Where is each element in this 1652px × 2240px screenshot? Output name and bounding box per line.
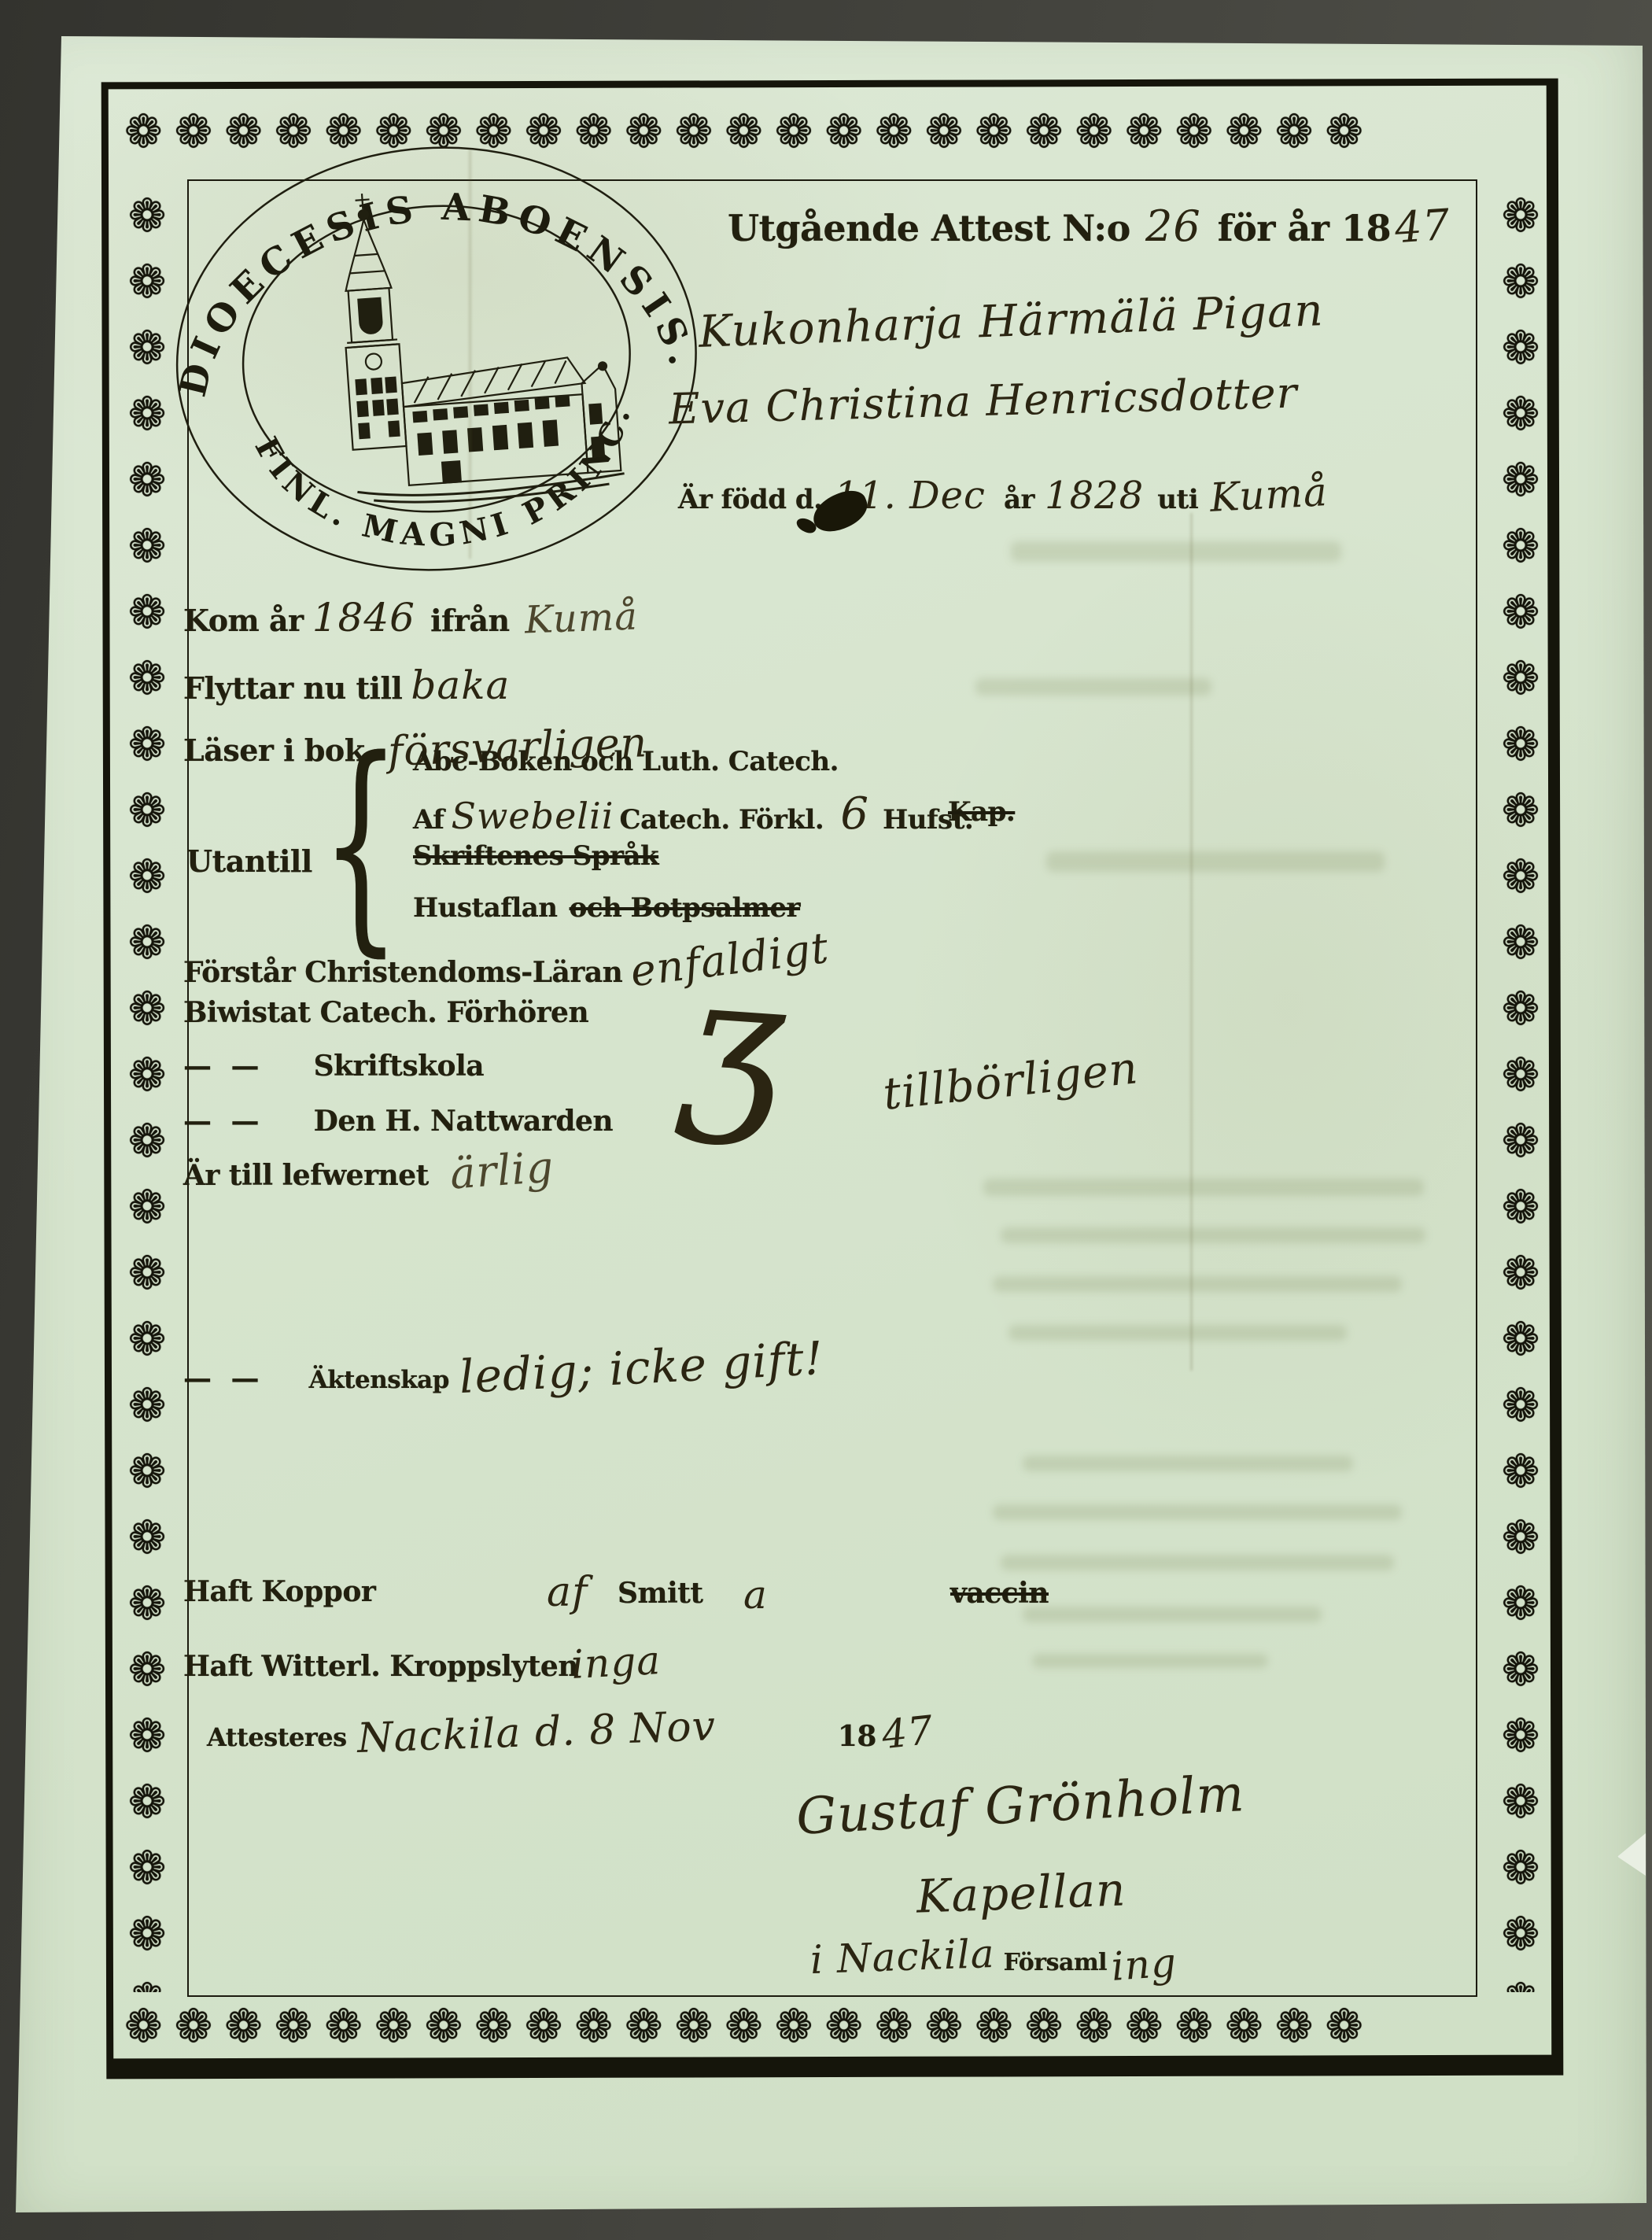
item2-prefix: Af [413,804,444,836]
bleed-through-smudge [1023,1607,1322,1622]
forstar-label: Förstår Christendoms-Läran [183,956,622,989]
bleed-through-smudge [1046,851,1385,872]
attesteres-label: Attesteres [207,1722,347,1752]
nattward-label: Den H. Nattwarden [314,1105,613,1138]
kom-year-handwritten: 1846 [312,595,415,640]
parish-line: i Nackila Församl ing [810,1934,1176,1980]
bleed-through-smudge [1009,1325,1347,1341]
born-year-label: år [1004,484,1034,515]
bleed-through-smudge [983,1179,1424,1196]
attestation-line: Attesteres Nackila d. 8 Nov 18 47 [207,1709,934,1756]
item2-number-handwritten: 6 [840,788,869,840]
koppor-af-handwritten: af [547,1569,588,1616]
kroppslyten-value-handwritten: inga [570,1637,662,1688]
handwritten-group-brace: ʒ [677,950,792,1138]
arrival-line: Kom år 1846 ifrån Kumå [183,595,638,640]
kom-from-label: ifrån [430,603,510,638]
conduct-line: Är till lefwernet ärlig [183,1146,554,1195]
utantill-brace: { [321,730,400,958]
attest-year-handwritten: 47 [1393,200,1452,253]
item2-struck-kap: Kap. [948,796,1015,828]
nattward-line: — — Den H. Nattwarden [183,1105,613,1138]
koppor-smitt-printed: Smitt [618,1577,703,1610]
kom-place-handwritten: Kumå [524,595,639,643]
marriage-line: — — Äktenskap ledig; icke gift! [183,1345,824,1399]
skriftskola-label: Skriftskola [314,1050,484,1083]
attestation-place-date-handwritten: Nackila d. 8 Nov [356,1703,717,1762]
header-line: Utgående Attest N:o 26 för år 18 47 [728,201,1451,251]
bodily-defects-line: Haft Witterl. Kroppslyten inga [183,1640,661,1685]
flyttar-label: Flyttar nu till [183,670,402,706]
flyttar-value-handwritten: baka [411,662,510,708]
attest-number-handwritten: 26 [1145,201,1201,251]
birth-place-handwritten: Kumå [1209,469,1329,521]
koppor-a-handwritten: a [743,1572,768,1618]
rosette-border-right: ❁❁❁❁❁❁❁❁❁❁❁❁❁❁❁❁❁❁❁❁❁❁❁❁❁❁❁❁❁❁❁ [1492,189,1543,1992]
attestation-year-handwritten: 47 [879,1707,935,1758]
bleed-through-smudge [993,1276,1402,1292]
rosette-border-bottom: ❁❁❁❁❁❁❁❁❁❁❁❁❁❁❁❁❁❁❁❁❁❁❁❁❁ [124,2003,1565,2055]
utantill-item-abc: Abc-Boken och Luth. Catech. [413,746,839,777]
ditto-dashes: — — [183,1105,264,1138]
bleed-through-smudge [975,678,1211,696]
paper-crease-seal [469,149,471,559]
parish-printed-forsaml: Församl [1004,1949,1107,1976]
item2-author-handwritten: Swebelii [452,795,614,837]
koppor-label: Haft Koppor [183,1575,375,1608]
ditto-dashes: — — [183,1362,264,1395]
birth-year-handwritten: 1828 [1045,474,1144,518]
utantill-item-catech: Af Swebelii Catech. Förkl. 6 Hufst. [413,788,973,840]
bleed-through-smudge [993,1504,1402,1520]
aktenskap-label: Äktenskap [309,1366,449,1394]
header-printed-prefix: Utgående Attest N:o [728,207,1130,249]
smallpox-line: Haft Koppor af Smitt a vaccin [183,1575,1127,1608]
koppor-vaccin-struck: vaccin [950,1577,1049,1610]
svg-text:DIOECESIS ABOENSIS.: DIOECESIS ABOENSIS. [158,168,706,411]
bleed-through-smudge [1032,1654,1268,1668]
biwistat-label: Biwistat Catech. Förhören [183,996,588,1029]
item4-struck-part: och Botpsalmer [570,892,800,924]
utantill-item-hustaflan: Hustaflan och Botpsalmer [413,892,800,924]
utantill-label: Utantill [186,843,312,879]
bleed-through-smudge [1001,1555,1394,1570]
certificate-paper: ❁❁❁❁❁❁❁❁❁❁❁❁❁❁❁❁❁❁❁❁❁❁❁❁❁ ❁❁❁❁❁❁❁❁❁❁❁❁❁❁… [0,0,1652,2240]
bleed-through-smudge [1023,1456,1353,1471]
moving-line: Flyttar nu till baka [183,662,510,708]
parish-suffix-handwritten: ing [1110,1939,1178,1990]
bleed-through-smudge [1011,541,1341,562]
paper-edge-tear [1617,1833,1646,1876]
item2-mid: Catech. Förkl. [620,804,824,836]
item4-text: Hustaflan [413,892,558,924]
signature-title-handwritten: Kapellan [916,1862,1127,1923]
diocese-seal: DIOECESIS ABOENSIS. FINL. MAGNI PRINC. [153,122,720,599]
seal-legend-top: DIOECESIS ABOENSIS. [158,168,706,411]
birth-line: Är född d. 11. Dec år 1828 uti Kumå [678,472,1328,518]
parish-place-handwritten: i Nackila [809,1931,995,1983]
photo-background: ❁❁❁❁❁❁❁❁❁❁❁❁❁❁❁❁❁❁❁❁❁❁❁❁❁ ❁❁❁❁❁❁❁❁❁❁❁❁❁❁… [0,0,1652,2240]
born-label: Är född d. [678,484,822,515]
bleed-through-smudge [1001,1227,1425,1243]
utantill-item-skriftenes: Skriftenes Språk [413,840,658,872]
attestation-year-printed: 18 [838,1720,876,1753]
header-printed-year-prefix: för år 18 [1218,207,1391,249]
paper-crease-vertical [1190,513,1193,1371]
ditto-dashes: — — [183,1050,264,1083]
kom-label: Kom år [183,603,304,638]
lefwernet-label: Är till lefwernet [183,1159,429,1192]
kroppslyten-label: Haft Witterl. Kroppslyten [183,1650,578,1683]
born-place-label: uti [1157,484,1198,515]
skriftskola-line: — — Skriftskola [183,1050,484,1083]
rosette-border-left: ❁❁❁❁❁❁❁❁❁❁❁❁❁❁❁❁❁❁❁❁❁❁❁❁❁❁❁❁❁❁❁ [118,189,170,1992]
lefwernet-value-handwritten: ärlig [448,1142,555,1198]
